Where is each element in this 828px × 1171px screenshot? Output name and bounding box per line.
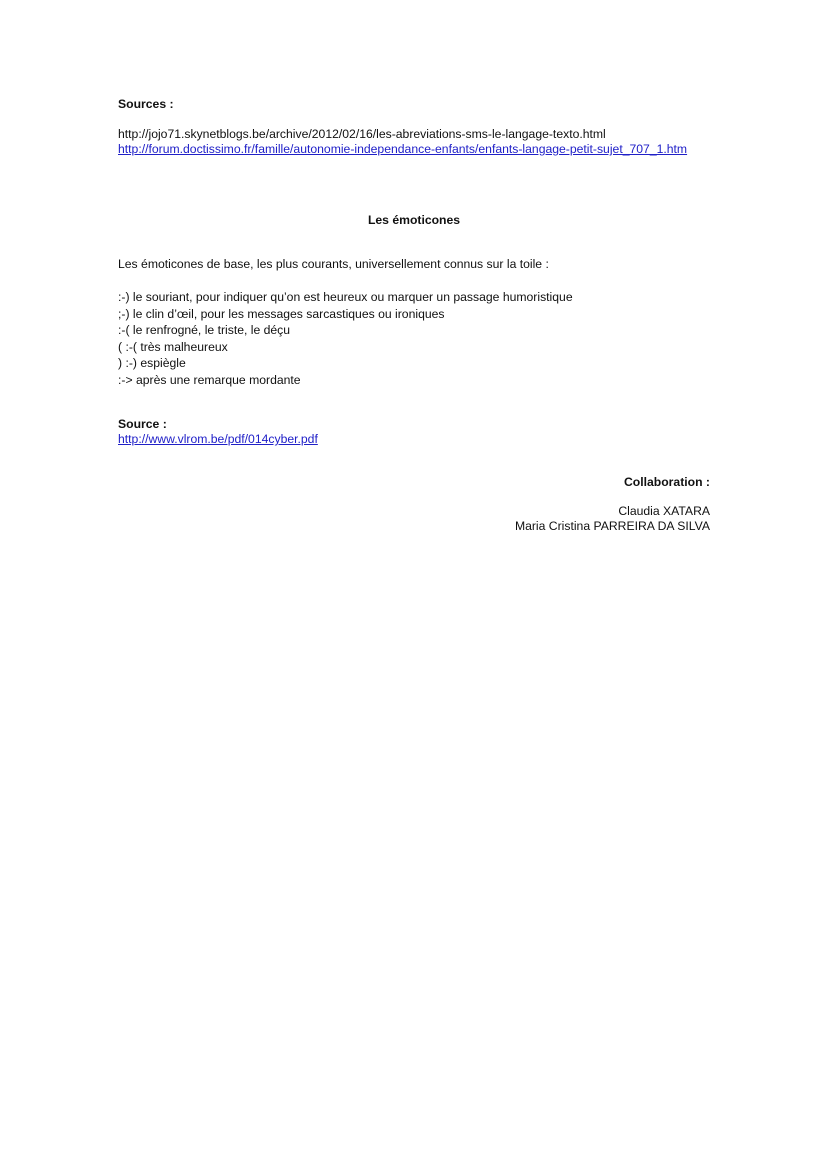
document-page: Sources : http://jojo71.skynetblogs.be/a…: [118, 0, 710, 1171]
emoticons-intro: Les émoticones de base, les plus courant…: [118, 257, 549, 271]
emoticons-list: :-) le souriant, pour indiquer qu’on est…: [118, 289, 573, 389]
emoticon-item: ;-) le clin d’œil, pour les messages sar…: [118, 306, 573, 323]
source-url-text: http://jojo71.skynetblogs.be/archive/201…: [118, 127, 606, 141]
collaborator-name: Maria Cristina PARREIRA DA SILVA: [515, 519, 710, 533]
emoticons-title: Les émoticones: [118, 213, 710, 227]
emoticon-item: ) :-) espiègle: [118, 355, 573, 372]
source-url-link[interactable]: http://forum.doctissimo.fr/famille/auton…: [118, 142, 687, 156]
emoticon-item: :-> après une remarque mordante: [118, 372, 573, 389]
source-heading: Source :: [118, 417, 167, 431]
collaborator-name: Claudia XATARA: [618, 504, 710, 518]
collaboration-heading: Collaboration :: [624, 475, 710, 489]
emoticon-item: ( :-( très malheureux: [118, 339, 573, 356]
sources-heading: Sources :: [118, 97, 174, 111]
emoticon-item: :-) le souriant, pour indiquer qu’on est…: [118, 289, 573, 306]
emoticon-item: :-( le renfrogné, le triste, le déçu: [118, 322, 573, 339]
source-link[interactable]: http://www.vlrom.be/pdf/014cyber.pdf: [118, 432, 318, 446]
